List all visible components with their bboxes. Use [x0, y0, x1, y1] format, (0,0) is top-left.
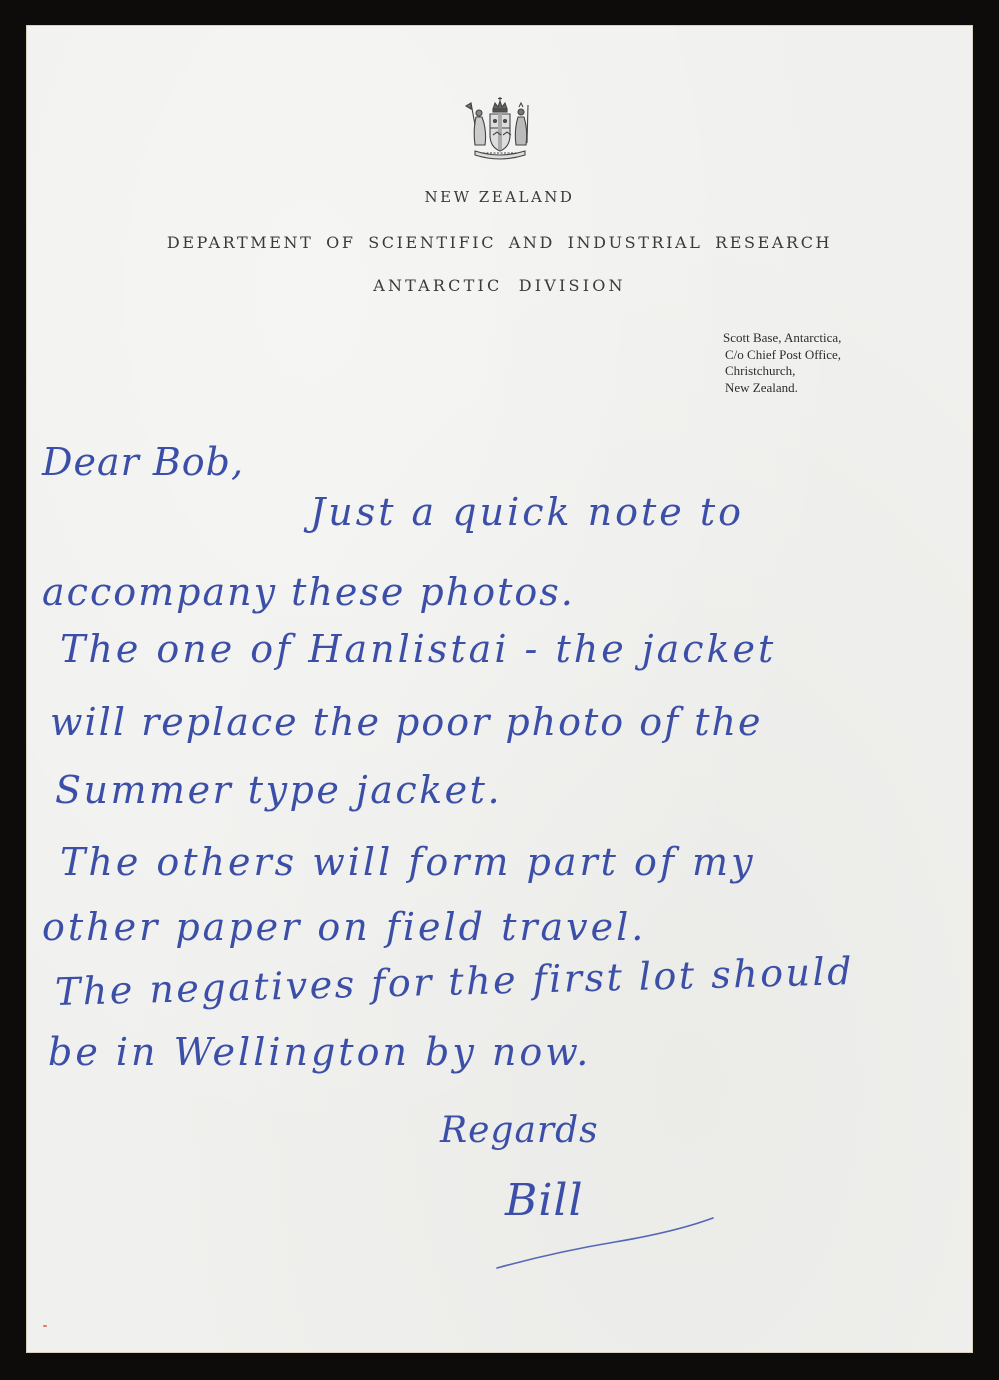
letterhead-department: Department of Scientific and Industrial … — [0, 233, 999, 252]
body-line: accompany these photos. — [42, 570, 575, 614]
address-line: Christchurch, — [725, 363, 841, 380]
address-line: Scott Base, Antarctica, — [723, 330, 841, 347]
body-line: The others will form part of my — [60, 840, 756, 884]
body-line: Just a quick note to — [310, 490, 744, 534]
letter-paper — [27, 26, 972, 1352]
closing: Regards — [440, 1110, 599, 1151]
letterhead-country: New Zealand — [0, 188, 999, 206]
address-line: New Zealand. — [725, 380, 841, 397]
paper-mark — [43, 1325, 47, 1327]
letterhead-division: Antarctic Division — [0, 276, 999, 295]
salutation: Dear Bob, — [42, 440, 244, 484]
body-line: Summer type jacket. — [55, 768, 502, 812]
body-line: other paper on field travel. — [42, 905, 646, 949]
signature-underline — [495, 1210, 715, 1270]
body-line: will replace the poor photo of the — [50, 700, 763, 744]
body-line: be in Wellington by now. — [48, 1030, 591, 1074]
coat-of-arms-icon — [455, 95, 545, 165]
return-address: Scott Base, Antarctica, C/o Chief Post O… — [723, 330, 841, 396]
address-line: C/o Chief Post Office, — [725, 347, 841, 364]
body-line: The one of Hanlistai - the jacket — [60, 627, 776, 671]
